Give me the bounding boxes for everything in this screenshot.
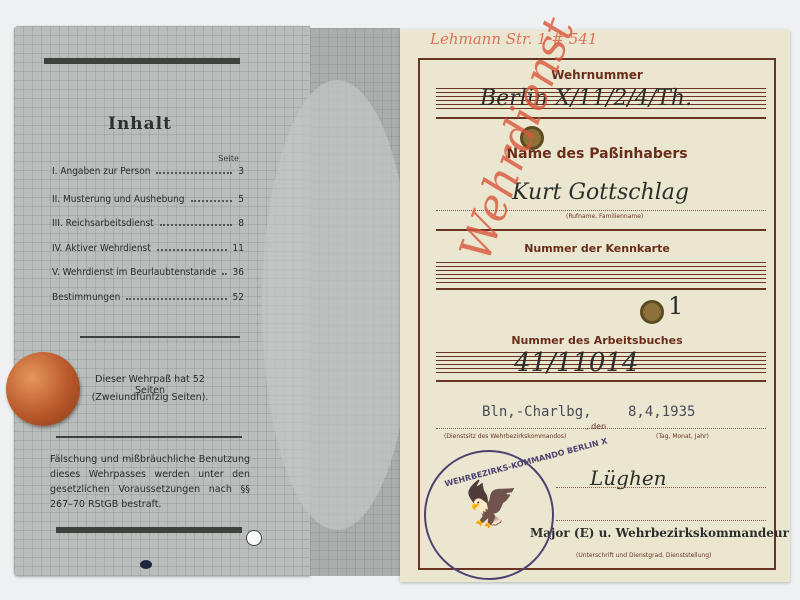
title-sublabel: (Unterschrift und Dienstgrad, Dienststel… xyxy=(576,552,711,559)
copper-coin xyxy=(6,352,80,426)
toc-page: 52 xyxy=(233,292,244,303)
punch-hole xyxy=(246,530,262,546)
toc-label: I. Angaben zur Person xyxy=(52,166,150,177)
toc-row: IV. Aktiver Wehrdienst11 xyxy=(52,243,244,254)
den-label: , den xyxy=(586,422,606,431)
toc-page: 11 xyxy=(233,243,244,254)
toc-row: III. Reichsarbeitsdienst8 xyxy=(52,218,244,229)
side-mark: 1 xyxy=(668,292,683,320)
ink-spot xyxy=(140,560,152,569)
toc-row: Bestimmungen52 xyxy=(52,292,244,303)
divider xyxy=(80,336,240,338)
rule xyxy=(436,288,766,290)
grommet xyxy=(640,300,664,324)
page-curve xyxy=(262,80,412,530)
place-sublabel: (Dienstsitz des Wehrbezirkskommandos) xyxy=(444,433,566,440)
toc-label: IV. Aktiver Wehrdienst xyxy=(52,243,151,254)
toc-row: II. Musterung und Aushebung5 xyxy=(52,194,244,205)
toc-page: 5 xyxy=(238,194,244,205)
name-sublabel: (Rufname, Familienname) xyxy=(566,213,643,220)
wehrnummer-label: Wehrnummer xyxy=(418,68,776,82)
toc-row: V. Wehrdienst im Beurlaubtenstande36 xyxy=(52,267,244,278)
dotted-line xyxy=(556,487,766,488)
dotted-line xyxy=(556,520,766,521)
arbeitsbuch-label: Nummer des Arbeitsbuches xyxy=(418,334,776,347)
place-value: Bln,-Charlbg, xyxy=(482,404,592,420)
name-value: Kurt Gottschlag xyxy=(512,180,689,205)
name-label: Name des Paßinhabers xyxy=(418,146,776,162)
toc-label: V. Wehrdienst im Beurlaubtenstande xyxy=(52,267,216,278)
date-sublabel: (Tag, Monat, Jahr) xyxy=(656,433,709,440)
ruled-lines xyxy=(436,262,766,284)
toc-row: I. Angaben zur Person3 xyxy=(52,166,244,177)
pages-note-words: (Zweiundfünfzig Seiten). xyxy=(80,392,220,403)
toc-page: 3 xyxy=(238,166,244,177)
arbeitsbuch-value: 41/11014 xyxy=(514,348,639,378)
top-divider xyxy=(44,58,240,64)
toc-label: Bestimmungen xyxy=(52,292,120,303)
bottom-divider xyxy=(56,527,242,533)
toc-title: Inhalt xyxy=(0,114,280,134)
toc-label: II. Musterung und Aushebung xyxy=(52,194,185,205)
toc-page: 36 xyxy=(233,267,244,278)
rule xyxy=(436,380,766,382)
warning-text: Fälschung und mißbräuchliche Benutzung d… xyxy=(50,452,250,512)
toc-label: III. Reichsarbeitsdienst xyxy=(52,218,154,229)
title-line: Major (E) u. Wehrbezirkskommandeur xyxy=(530,526,789,540)
seite-label: Seite xyxy=(218,154,239,163)
date-value: 8,4,1935 xyxy=(628,404,695,420)
toc-page: 8 xyxy=(238,218,244,229)
divider xyxy=(56,436,242,438)
rule xyxy=(436,117,766,119)
eagle-emblem-icon: 🦅 xyxy=(464,478,519,530)
